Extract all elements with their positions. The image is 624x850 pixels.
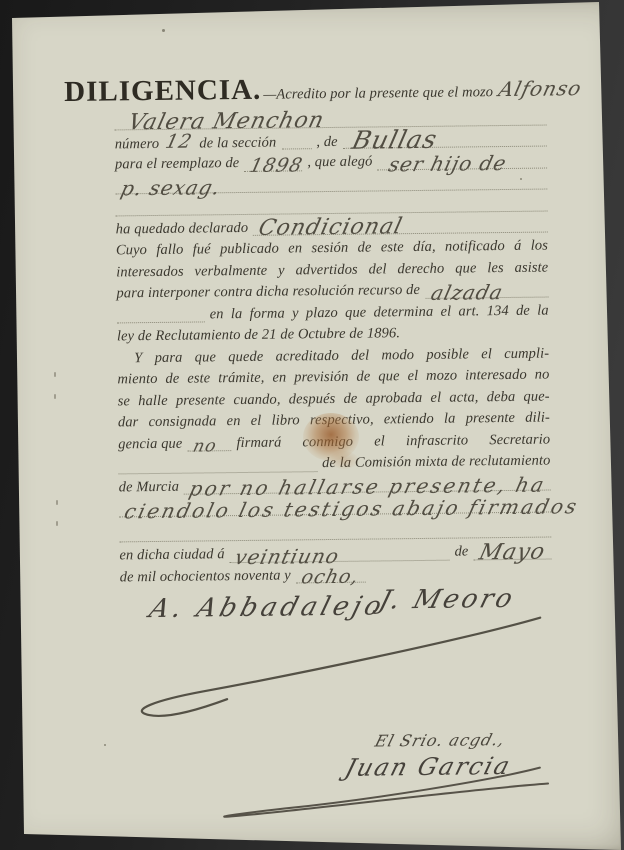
handwritten-pueblo: Bullas (350, 127, 440, 153)
speck (162, 29, 165, 32)
printed-body-text: de Murcia (119, 476, 180, 498)
handwritten-anio: ocho, (300, 568, 361, 588)
dotted-blank: ocho, (296, 582, 366, 584)
handwritten-first-name: Alfonso (497, 78, 584, 99)
body-line-recurso: para interponer contra dicha resolución … (66, 279, 548, 306)
margin-tick (54, 394, 56, 399)
handwritten-dia: veintiuno (233, 545, 341, 566)
speck (520, 178, 522, 180)
handwritten-motivo-2: ciendolo los testigos abajo firmados (123, 496, 581, 521)
printed-lugar-label: en dicha ciudad á (119, 544, 224, 567)
date-line-1: en dicha ciudad á veintiuno de Mayo (69, 541, 551, 568)
scanned-document: DILIGENCIA. —Acredito por la presente qu… (0, 0, 624, 850)
dotted-blank: no (187, 450, 231, 451)
signature-flourish (70, 583, 553, 718)
handwritten-fallo: Condicional (257, 216, 406, 240)
secretary-signature-area: El Srio. acgd., Juan Garcia (71, 729, 554, 846)
printed-declarado-label: ha quedado declarado (116, 217, 249, 240)
dotted-blank: ser hijo de (378, 167, 548, 170)
dotted-blank (117, 321, 205, 323)
dotted-blank: alzada (425, 296, 548, 298)
speck (104, 744, 106, 746)
handwritten-mes: Mayo (477, 541, 548, 564)
margin-tick (56, 500, 58, 505)
printed-seccion-label: de la sección (199, 132, 276, 154)
witness-signature-area: A. Abbadalejo J. Meoro (70, 583, 553, 718)
dotted-blank (281, 148, 311, 149)
document-title: DILIGENCIA. (64, 74, 261, 108)
dotted-blank: Bullas (343, 146, 547, 149)
dotted-blank: Mayo (474, 558, 552, 560)
printed-reemplazo-label: para el reemplazo de (115, 153, 240, 176)
printed-numero-label: número (115, 133, 160, 155)
margin-tick (56, 521, 58, 526)
printed-intro: —Acredito por la presente que el mozo (263, 76, 493, 111)
dotted-blank: veintiuno (230, 559, 450, 562)
handwritten-surname: Valera Menchon (126, 110, 327, 134)
form-line-reemplazo: para el reemplazo de 1898 , que alegó se… (65, 150, 547, 177)
printed-seccion-sep: , de (316, 131, 338, 153)
secretary-role: El Srio. acgd., (373, 730, 508, 751)
handwritten-alegacion-2: p. sexag. (119, 177, 223, 198)
dotted-blank: 1898 (244, 170, 302, 172)
dotted-blank: ciendolo los testigos abajo firmados (119, 511, 551, 517)
dotted-blank (119, 471, 318, 474)
handwritten-alegacion: ser hijo de (387, 152, 509, 173)
handwritten-numero: 12 (164, 132, 195, 151)
document-content: DILIGENCIA. —Acredito por la presente qu… (64, 71, 555, 847)
printed-de-label: de (454, 541, 468, 563)
handwritten-recurso: alzada (429, 282, 505, 303)
handwritten-firmara: no (191, 438, 218, 455)
margin-tick (54, 372, 56, 377)
secretary-flourish (192, 759, 573, 827)
dotted-blank: por no hallarse presente, ha (184, 490, 551, 495)
ink-stain-small (330, 451, 358, 469)
printed-body-text: gencia que (118, 433, 182, 455)
printed-alego-label: , que alegó (307, 152, 372, 174)
handwritten-reemplazo-year: 1898 (248, 156, 305, 176)
title-line: DILIGENCIA. —Acredito por la presente qu… (64, 71, 546, 112)
